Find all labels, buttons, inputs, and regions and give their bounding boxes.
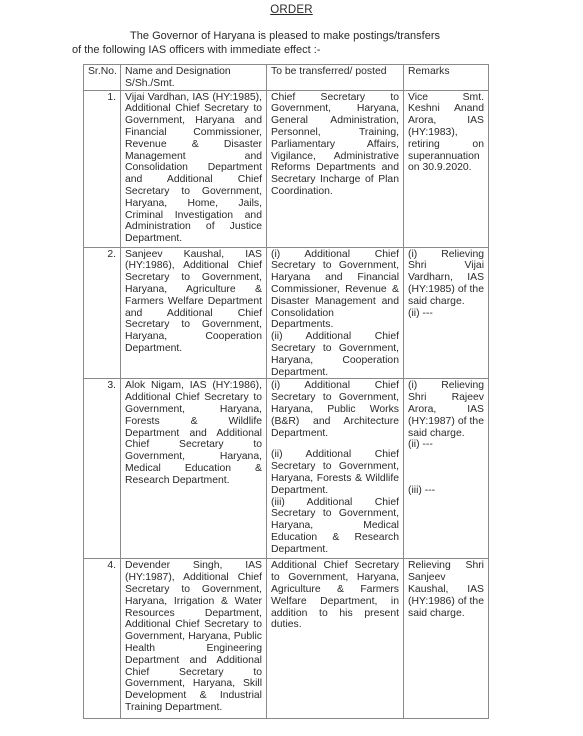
cell-sr-no: 3. xyxy=(84,379,121,559)
cell-posted: (i) Additional Chief Secretary to Govern… xyxy=(267,247,404,379)
cell-name: Sanjeev Kaushal, IAS (HY:1986), Addition… xyxy=(121,247,267,379)
table-header-row: Sr.No. Name and Designation S/Sh./Smt. T… xyxy=(84,65,489,91)
remarks-item: (i) Relieving Shri Rajeev Arora, IAS (HY… xyxy=(408,380,484,439)
order-intro: The Governor of Haryana is pleased to ma… xyxy=(72,30,440,57)
remarks-item: Vice Smt. Keshni Anand Arora, IAS (HY:19… xyxy=(408,92,484,175)
posted-item: (ii) Additional Chief Secretary to Gover… xyxy=(271,449,399,496)
remarks-item: (ii) --- xyxy=(408,439,484,451)
table-row: 3. Alok Nigam, IAS (HY:1986), Additional… xyxy=(84,379,489,559)
posted-item: (ii) Additional Chief Secretary to Gover… xyxy=(271,331,399,378)
header-transferred-posted: To be transferred/ posted xyxy=(267,65,404,91)
cell-remarks: Relieving Shri Sanjeev Kaushal, IAS (HY:… xyxy=(404,559,489,719)
cell-remarks: Vice Smt. Keshni Anand Arora, IAS (HY:19… xyxy=(404,90,489,247)
posted-item: (i) Additional Chief Secretary to Govern… xyxy=(271,380,399,439)
header-name-designation: Name and Designation S/Sh./Smt. xyxy=(121,65,267,91)
postings-table: Sr.No. Name and Designation S/Sh./Smt. T… xyxy=(83,64,489,719)
remarks-item: (iii) --- xyxy=(408,485,484,497)
order-title: ORDER xyxy=(0,4,583,16)
cell-posted: Additional Chief Secretary to Government… xyxy=(267,559,404,719)
cell-name: Vijai Vardhan, IAS (HY:1985), Additional… xyxy=(121,90,267,247)
remarks-item: (ii) --- xyxy=(408,308,484,320)
cell-name: Devender Singh, IAS (HY:1987), Additiona… xyxy=(121,559,267,719)
cell-sr-no: 2. xyxy=(84,247,121,379)
table-row: 1. Vijai Vardhan, IAS (HY:1985), Additio… xyxy=(84,90,489,247)
spacer xyxy=(408,451,484,485)
posted-item: Additional Chief Secretary to Government… xyxy=(271,560,399,631)
table-row: 4. Devender Singh, IAS (HY:1987), Additi… xyxy=(84,559,489,719)
posted-item: (i) Additional Chief Secretary to Govern… xyxy=(271,249,399,332)
spacer xyxy=(271,439,399,449)
remarks-item: Relieving Shri Sanjeev Kaushal, IAS (HY:… xyxy=(408,560,484,619)
cell-sr-no: 1. xyxy=(84,90,121,247)
cell-remarks: (i) Relieving Shri Vijai Vardharn, IAS (… xyxy=(404,247,489,379)
posted-item: (iii) Additional Chief Secretary to Gove… xyxy=(271,497,399,556)
cell-posted: (i) Additional Chief Secretary to Govern… xyxy=(267,379,404,559)
remarks-item: (i) Relieving Shri Vijai Vardharn, IAS (… xyxy=(408,249,484,308)
posted-item: Chief Secretary to Government, Haryana, … xyxy=(271,92,399,198)
table-row: 2. Sanjeev Kaushal, IAS (HY:1986), Addit… xyxy=(84,247,489,379)
cell-name: Alok Nigam, IAS (HY:1986), Additional Ch… xyxy=(121,379,267,559)
header-sr-no: Sr.No. xyxy=(84,65,121,91)
cell-posted: Chief Secretary to Government, Haryana, … xyxy=(267,90,404,247)
header-remarks: Remarks xyxy=(404,65,489,91)
cell-remarks: (i) Relieving Shri Rajeev Arora, IAS (HY… xyxy=(404,379,489,559)
cell-sr-no: 4. xyxy=(84,559,121,719)
